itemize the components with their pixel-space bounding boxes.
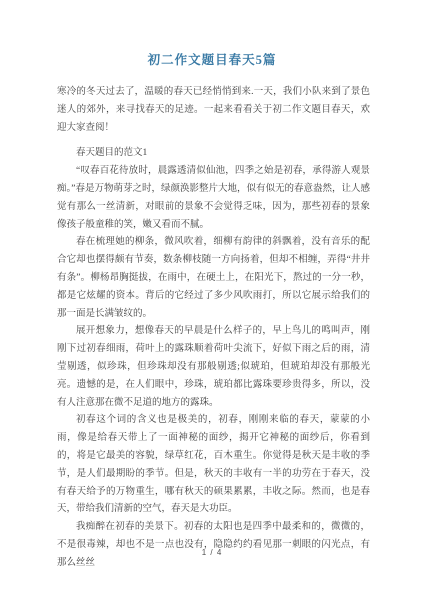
page-indicator: 1 / 4 [0,548,424,557]
body-paragraph-1: “叹春百花待放时，晨露透清似仙池，四季之始是初春，承得游人观景痴。”春是万物萌芽… [57,163,370,234]
body-paragraph-2: 春在梳理她的柳条，微风吹着，细柳有韵律的斜飘着，没有音乐的配合它却也摆得颇有节奏… [57,234,370,323]
body-paragraph-5: 我痴醉在初春的美景下。初春的太阳也是四季中最柔和的，微微的，不是很毒辣，却也不是… [57,519,370,572]
document-page: 初二作文题目春天5篇 寒冷的冬天过去了，温暖的春天已经悄悄到来.一天，我们小队来… [0,0,424,600]
document-body: 寒冷的冬天过去了，温暖的春天已经悄悄到来.一天，我们小队来到了景色迷人的郊外，来… [0,84,424,573]
body-paragraph-3: 展开想象力，想像春天的早晨是什么样子的，早上鸟儿的鸣叫声，刚刚下过初春细雨，荷叶… [57,323,370,412]
body-paragraph-4: 初春这个词的含义也是极美的，初春，刚刚来临的春天，蒙蒙的小雨，像是给春天带上了一… [57,412,370,519]
document-title: 初二作文题目春天5篇 [0,0,424,84]
intro-paragraph: 寒冷的冬天过去了，温暖的春天已经悄悄到来.一天，我们小队来到了景色迷人的郊外，来… [57,84,370,137]
section-heading: 春天题目的范文1 [57,145,370,163]
